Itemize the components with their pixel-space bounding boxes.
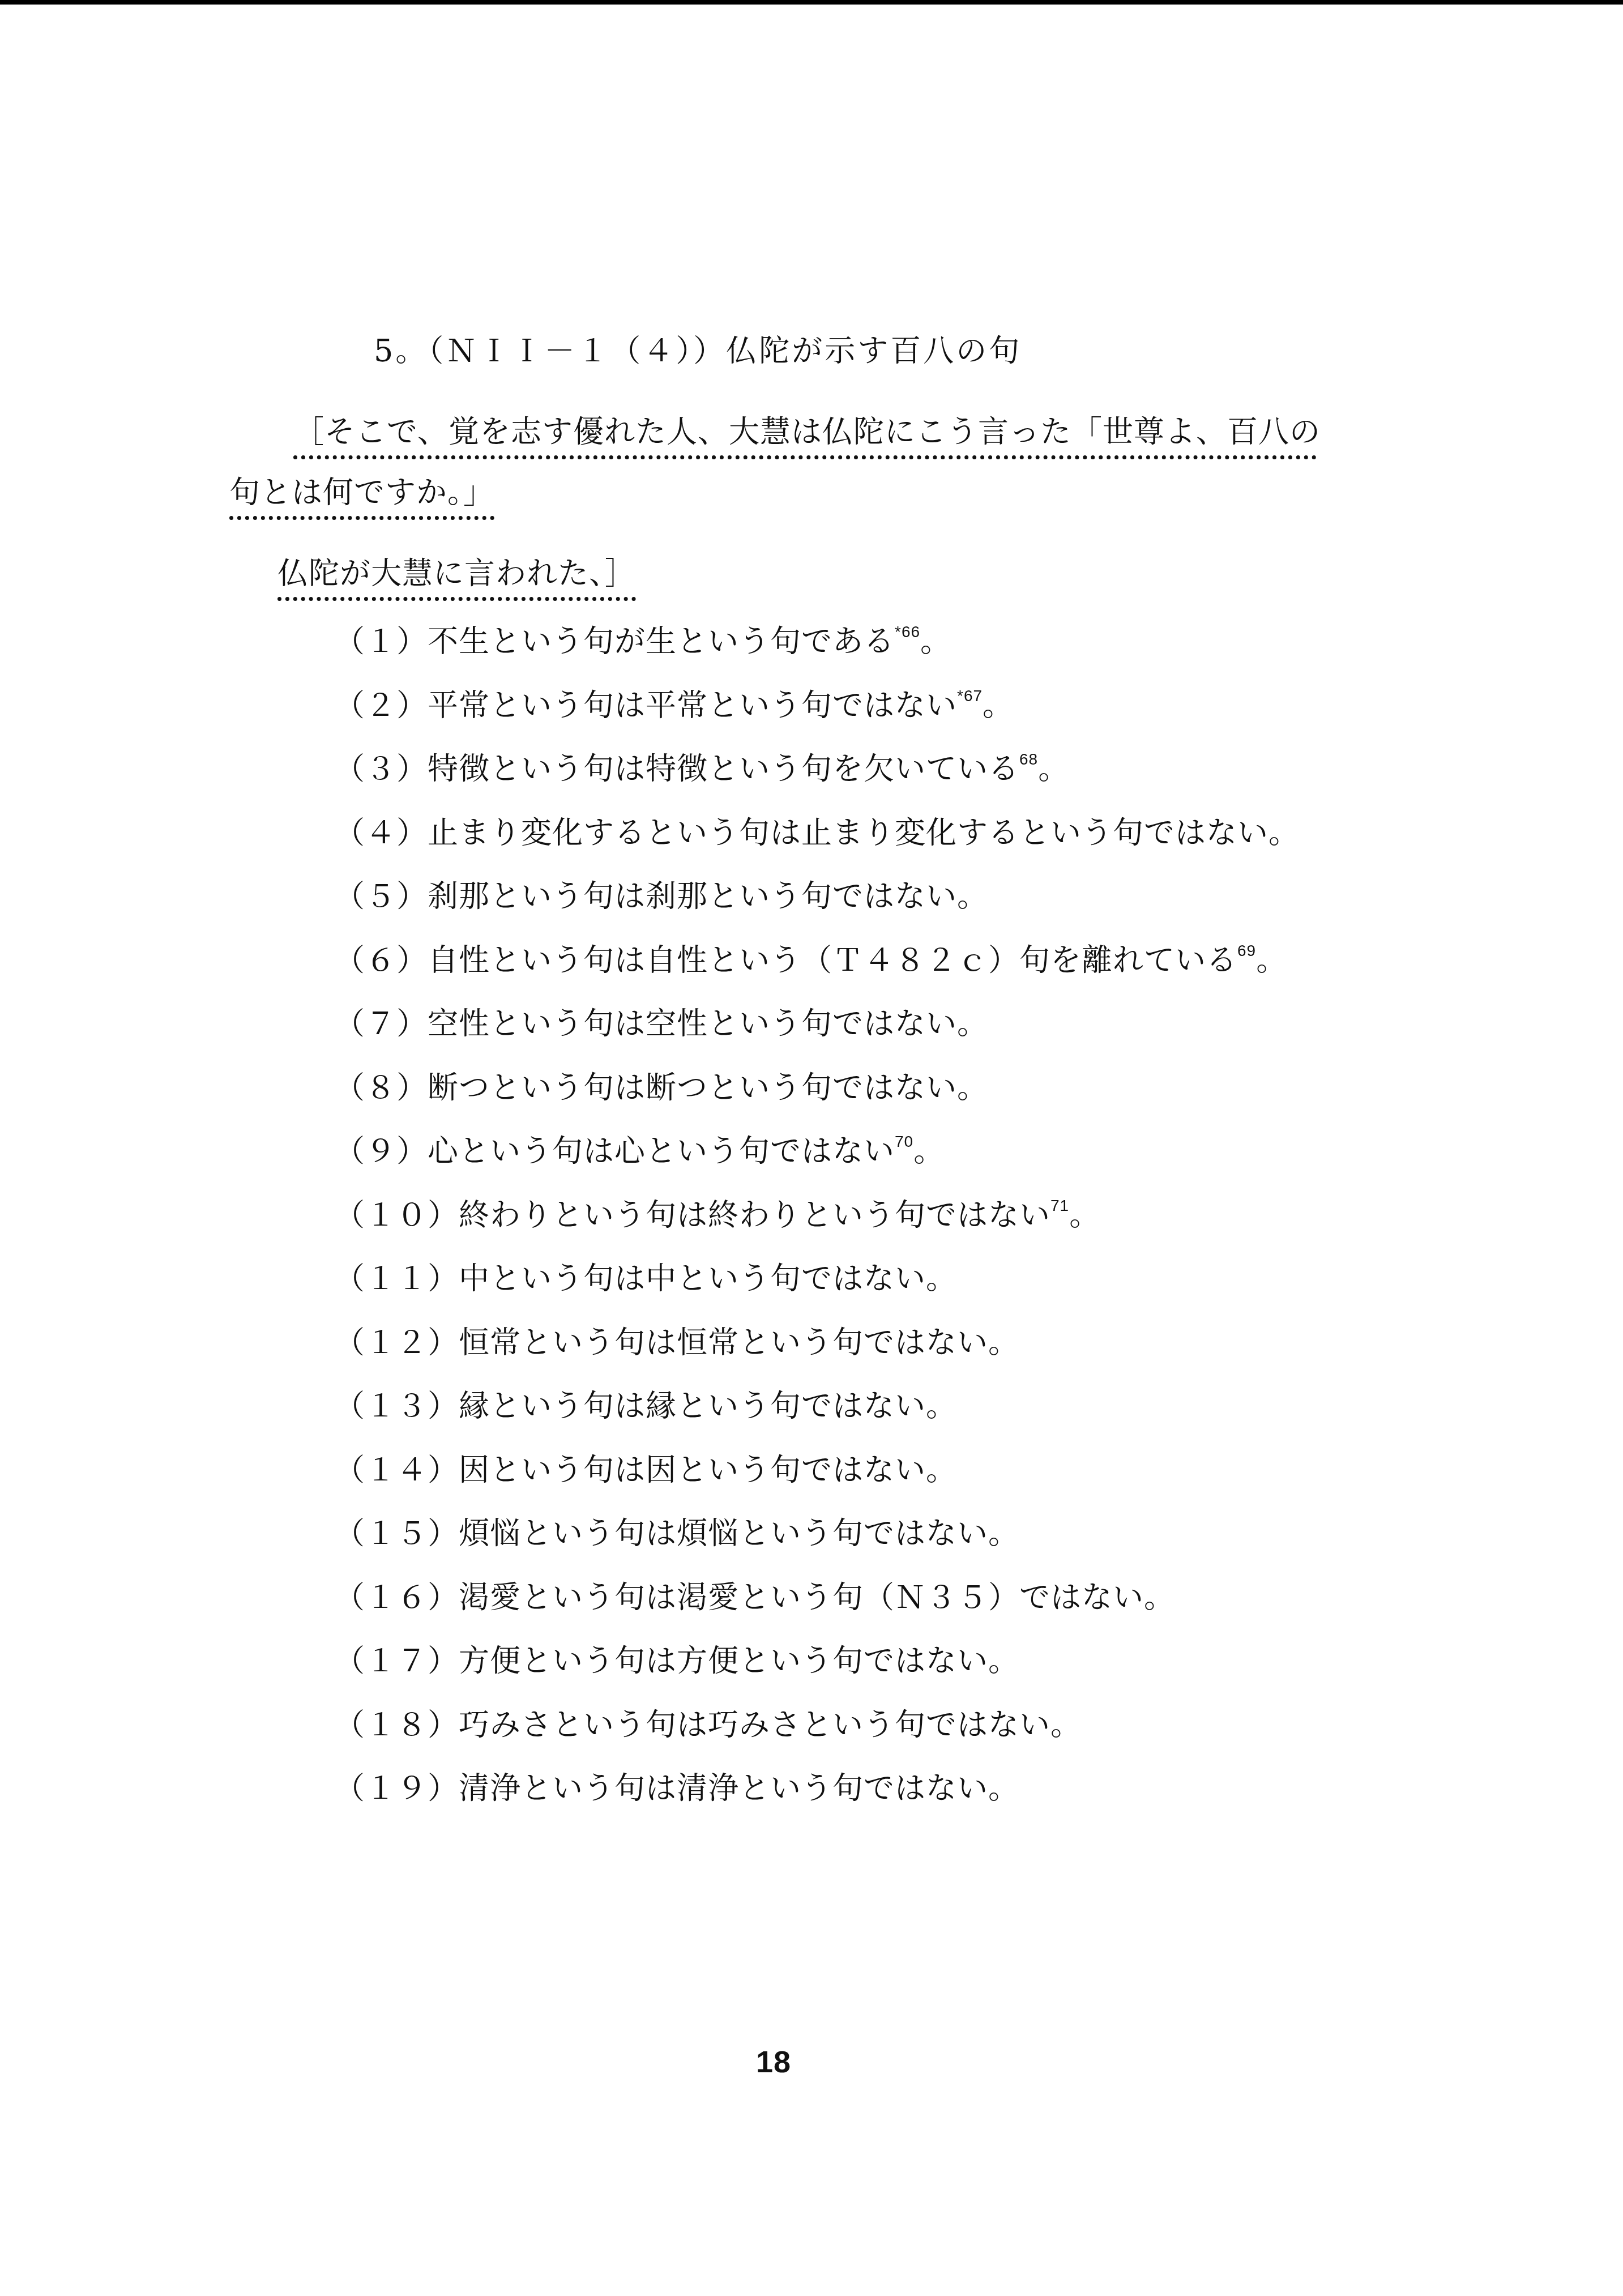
list-item: （６）自性という句は自性という（Ｔ４８２ｃ）句を離れている69。	[334, 941, 1300, 1005]
list-item: （１５）煩悩という句は煩悩という句ではない。	[334, 1514, 1300, 1578]
document-page: 5。（ＮＩＩ－１（４））仏陀が示す百八の句 ［そこで、覚を志す優れた人、大慧は仏…	[0, 0, 1623, 2296]
item-end: 。	[1144, 1580, 1175, 1615]
list-item: （１２）恒常という句は恒常という句ではない。	[334, 1323, 1300, 1387]
item-number: （２）	[334, 686, 428, 725]
item-end: 。	[913, 1133, 945, 1169]
list-item: （１７）方便という句は方便という句ではない。	[334, 1641, 1300, 1705]
item-number: （５）	[334, 877, 428, 916]
item-number: （３）	[334, 749, 428, 789]
footnote-ref: *66	[895, 623, 920, 641]
item-number: （１４）	[334, 1450, 459, 1490]
intro-paragraph-line-2: 句とは何ですか。」	[229, 473, 494, 520]
item-number: （１８）	[334, 1705, 459, 1745]
item-text: 方便という句は方便という句ではない	[459, 1643, 988, 1679]
list-item: （１８）巧みさという句は巧みさという句ではない。	[334, 1705, 1300, 1769]
list-item: （５）刹那という句は刹那という句ではない。	[334, 877, 1300, 941]
list-item: （７）空性という句は空性という句ではない。	[334, 1004, 1300, 1068]
list-item: （１４）因という句は因という句ではない。	[334, 1450, 1300, 1514]
item-end: 。	[1038, 751, 1069, 787]
item-number: （１１）	[334, 1259, 459, 1299]
item-number: （１６）	[334, 1578, 459, 1618]
item-number: （４）	[334, 813, 428, 853]
list-item: （２）平常という句は平常という句ではない*67。	[334, 686, 1300, 750]
item-end: 。	[983, 688, 1014, 723]
item-end: 。	[926, 1388, 957, 1424]
item-number: （１）	[334, 622, 428, 662]
item-end: 。	[1256, 942, 1287, 978]
item-end: 。	[926, 1261, 957, 1296]
item-text: 特徴という句は特徴という句を欠いている	[428, 751, 1019, 787]
page-number: 18	[756, 2045, 791, 2080]
item-text: 渇愛という句は渇愛という句（Ｎ３５）ではない	[459, 1580, 1144, 1615]
item-number: （１３）	[334, 1386, 459, 1426]
item-number: （１２）	[334, 1323, 459, 1363]
item-text: 巧みさという句は巧みさという句ではない	[459, 1707, 1050, 1743]
item-number: （７）	[334, 1004, 428, 1044]
item-text: 煩悩という句は煩悩という句ではない	[459, 1516, 988, 1551]
item-number: （８）	[334, 1068, 428, 1108]
footnote-ref: *67	[957, 687, 983, 705]
intro-paragraph-line-3: 仏陀が大慧に言われた、］	[277, 554, 636, 601]
item-end: 。	[988, 1516, 1019, 1551]
item-text: 恒常という句は恒常という句ではない	[459, 1325, 988, 1360]
item-text: 平常という句は平常という句ではない	[428, 688, 957, 723]
item-end: 。	[988, 1643, 1019, 1679]
footnote-ref: 70	[895, 1133, 913, 1150]
item-number: （６）	[334, 941, 428, 980]
item-text: 因という句は因という句ではない	[459, 1452, 926, 1488]
item-end: 。	[988, 1325, 1019, 1360]
list-item: （１９）清浄という句は清浄という句ではない。	[334, 1769, 1300, 1833]
item-end: 。	[1050, 1707, 1082, 1743]
item-text: 清浄という句は清浄という句ではない	[459, 1770, 988, 1806]
footnote-ref: 69	[1237, 942, 1256, 959]
item-text: 縁という句は縁という句ではない	[459, 1388, 926, 1424]
item-text: 刹那という句は刹那という句ではない	[428, 878, 957, 914]
list-item: （８）断つという句は断つという句ではない。	[334, 1068, 1300, 1132]
item-end: 。	[926, 1452, 957, 1488]
item-end: 。	[957, 878, 988, 914]
item-text: 断つという句は断つという句ではない	[428, 1070, 957, 1106]
item-end: 。	[1268, 815, 1300, 851]
list-item: （４）止まり変化するという句は止まり変化するという句ではない。	[334, 813, 1300, 877]
item-text: 止まり変化するという句は止まり変化するという句ではない	[428, 815, 1268, 851]
footnote-ref: 68	[1019, 750, 1038, 768]
list-item: （３）特徴という句は特徴という句を欠いている68。	[334, 749, 1300, 813]
list-item: （１０）終わりという句は終わりという句ではない71。	[334, 1196, 1300, 1260]
item-number: （１０）	[334, 1196, 459, 1235]
item-text: 自性という句は自性という（Ｔ４８２ｃ）句を離れている	[428, 942, 1237, 978]
list-item: （９）心という句は心という句ではない70。	[334, 1132, 1300, 1196]
list-item: （１１）中という句は中という句ではない。	[334, 1259, 1300, 1323]
intro-paragraph-line-1: ［そこで、覚を志す優れた人、大慧は仏陀にこう言った「世尊よ、百八の	[293, 412, 1317, 459]
item-number: （１９）	[334, 1769, 459, 1808]
item-end: 。	[957, 1006, 988, 1042]
item-text: 中という句は中という句ではない	[459, 1261, 926, 1296]
item-number: （１５）	[334, 1514, 459, 1554]
item-end: 。	[957, 1070, 988, 1106]
section-heading: 5。（ＮＩＩ－１（４））仏陀が示す百八の句	[374, 331, 1022, 371]
item-end: 。	[1069, 1197, 1100, 1233]
item-text: 不生という句が生という句である	[428, 624, 895, 659]
item-end: 。	[988, 1770, 1019, 1806]
item-number: （９）	[334, 1132, 428, 1171]
item-end: 。	[920, 624, 951, 659]
item-text: 空性という句は空性という句ではない	[428, 1006, 957, 1042]
footnote-ref: 71	[1050, 1197, 1069, 1214]
list-item: （１）不生という句が生という句である*66。	[334, 622, 1300, 686]
item-number: （１７）	[334, 1641, 459, 1681]
item-text: 心という句は心という句ではない	[428, 1133, 895, 1169]
item-text: 終わりという句は終わりという句ではない	[459, 1197, 1050, 1233]
list-item: （１６）渇愛という句は渇愛という句（Ｎ３５）ではない。	[334, 1578, 1300, 1642]
list-item: （１３）縁という句は縁という句ではない。	[334, 1386, 1300, 1450]
phrase-list: （１）不生という句が生という句である*66。 （２）平常という句は平常という句で…	[334, 622, 1300, 1833]
